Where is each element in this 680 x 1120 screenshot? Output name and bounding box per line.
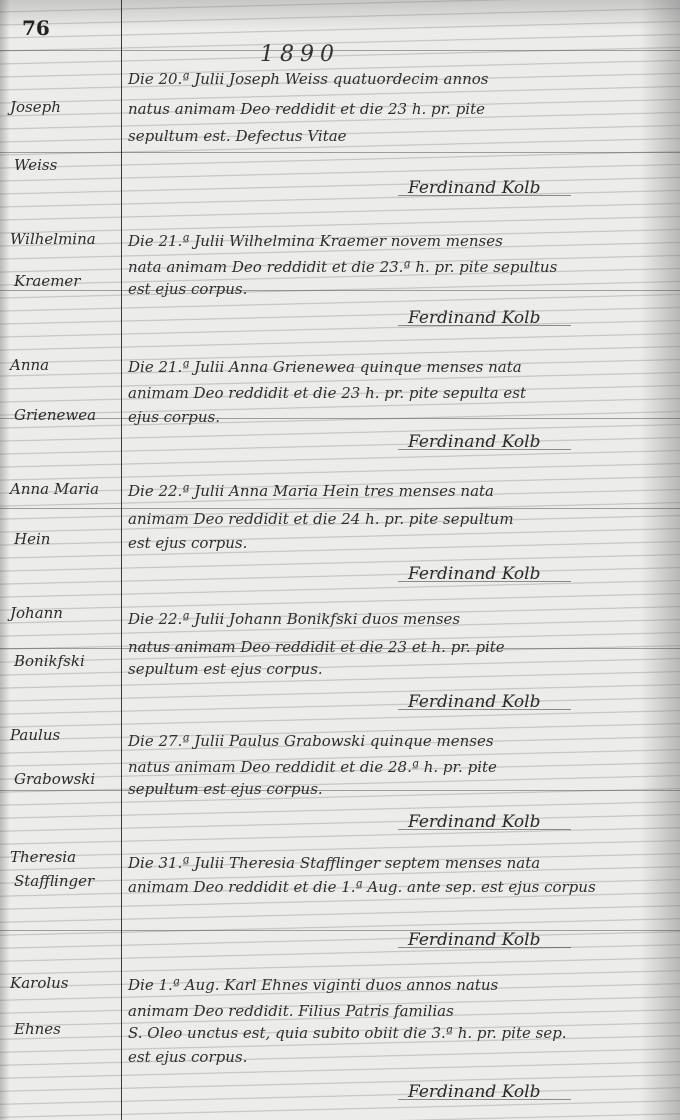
entry-line: sepultum est ejus corpus.: [128, 780, 323, 798]
surname: Kraemer: [14, 274, 80, 289]
priest-signature: Ferdinand Kolb: [408, 812, 541, 832]
given-name: Johann: [10, 606, 63, 621]
surname: Ehnes: [14, 1022, 61, 1037]
entry-line: nata animam Deo reddidit et die 23.ª h. …: [128, 258, 557, 276]
entry-line: est ejus corpus.: [128, 1048, 247, 1066]
entry-line: Die 22.ª Julii Johann Bonikfski duos men…: [128, 610, 460, 628]
entry-line: natus animam Deo reddidit et die 23 h. p…: [128, 100, 485, 118]
priest-signature: Ferdinand Kolb: [408, 692, 541, 712]
entry-line: Die 21.ª Julii Wilhelmina Kraemer novem …: [128, 232, 503, 250]
surname: Bonikfski: [14, 654, 85, 669]
priest-signature: Ferdinand Kolb: [408, 930, 541, 950]
surname: Hein: [14, 532, 50, 547]
priest-signature: Ferdinand Kolb: [408, 564, 541, 584]
entry-line: Die 21.ª Julii Anna Grienewea quinque me…: [128, 358, 522, 376]
entry-line: S. Oleo unctus est, quia subito obiit di…: [128, 1024, 567, 1042]
given-name: Theresia: [10, 850, 76, 865]
given-name: Anna: [10, 358, 49, 373]
ruled-line: [0, 290, 680, 291]
register-year: 1890: [260, 42, 340, 67]
priest-signature: Ferdinand Kolb: [408, 308, 541, 328]
surname: Stafflinger: [14, 874, 94, 889]
entry-line: Die 27.ª Julii Paulus Grabowski quinque …: [128, 732, 494, 750]
entry-line: Die 20.ª Julii Joseph Weiss quatuordecim…: [128, 70, 489, 88]
ruled-line: [0, 508, 680, 509]
ruled-line: [0, 930, 680, 931]
entry-line: animam Deo reddidit et die 23 h. pr. pit…: [128, 384, 526, 402]
priest-signature: Ferdinand Kolb: [408, 432, 541, 452]
entry-line: animam Deo reddidit. Filius Patris famil…: [128, 1002, 454, 1020]
given-name: Anna Maria: [10, 482, 99, 497]
priest-signature: Ferdinand Kolb: [408, 178, 541, 198]
entry-line: ejus corpus.: [128, 408, 220, 426]
column-divider: [121, 0, 122, 1120]
given-name: Wilhelmina: [10, 232, 96, 247]
entry-line: natus animam Deo reddidit et die 23 et h…: [128, 638, 505, 656]
entry-line: Die 22.ª Julii Anna Maria Hein tres mens…: [128, 482, 494, 500]
given-name: Paulus: [10, 728, 60, 743]
entry-line: animam Deo reddidit et die 1.ª Aug. ante…: [128, 878, 596, 896]
surname: Weiss: [14, 158, 57, 173]
ruled-line: [0, 418, 680, 419]
entry-line: est ejus corpus.: [128, 534, 247, 552]
surname: Grienewea: [14, 408, 96, 423]
surname: Grabowski: [14, 772, 95, 787]
given-name: Joseph: [10, 100, 61, 115]
ruled-line: [0, 152, 680, 153]
entry-line: Die 1.ª Aug. Karl Ehnes viginti duos ann…: [128, 976, 498, 994]
ruled-line: [0, 50, 680, 51]
given-name: Karolus: [10, 976, 69, 991]
entry-line: est ejus corpus.: [128, 280, 247, 298]
entry-line: Die 31.ª Julii Theresia Stafflinger sept…: [128, 854, 540, 872]
register-page: 76 1890 Joseph Weiss Die 20.ª Julii Jose…: [0, 0, 680, 1120]
entry-line: sepultum est ejus corpus.: [128, 660, 323, 678]
page-number: 76: [22, 16, 50, 40]
entry-line: natus animam Deo reddidit et die 28.ª h.…: [128, 758, 497, 776]
ruled-line: [0, 790, 680, 791]
priest-signature: Ferdinand Kolb: [408, 1082, 541, 1102]
entry-line: animam Deo reddidit et die 24 h. pr. pit…: [128, 510, 514, 528]
entry-line: sepultum est. Defectus Vitae: [128, 127, 347, 145]
